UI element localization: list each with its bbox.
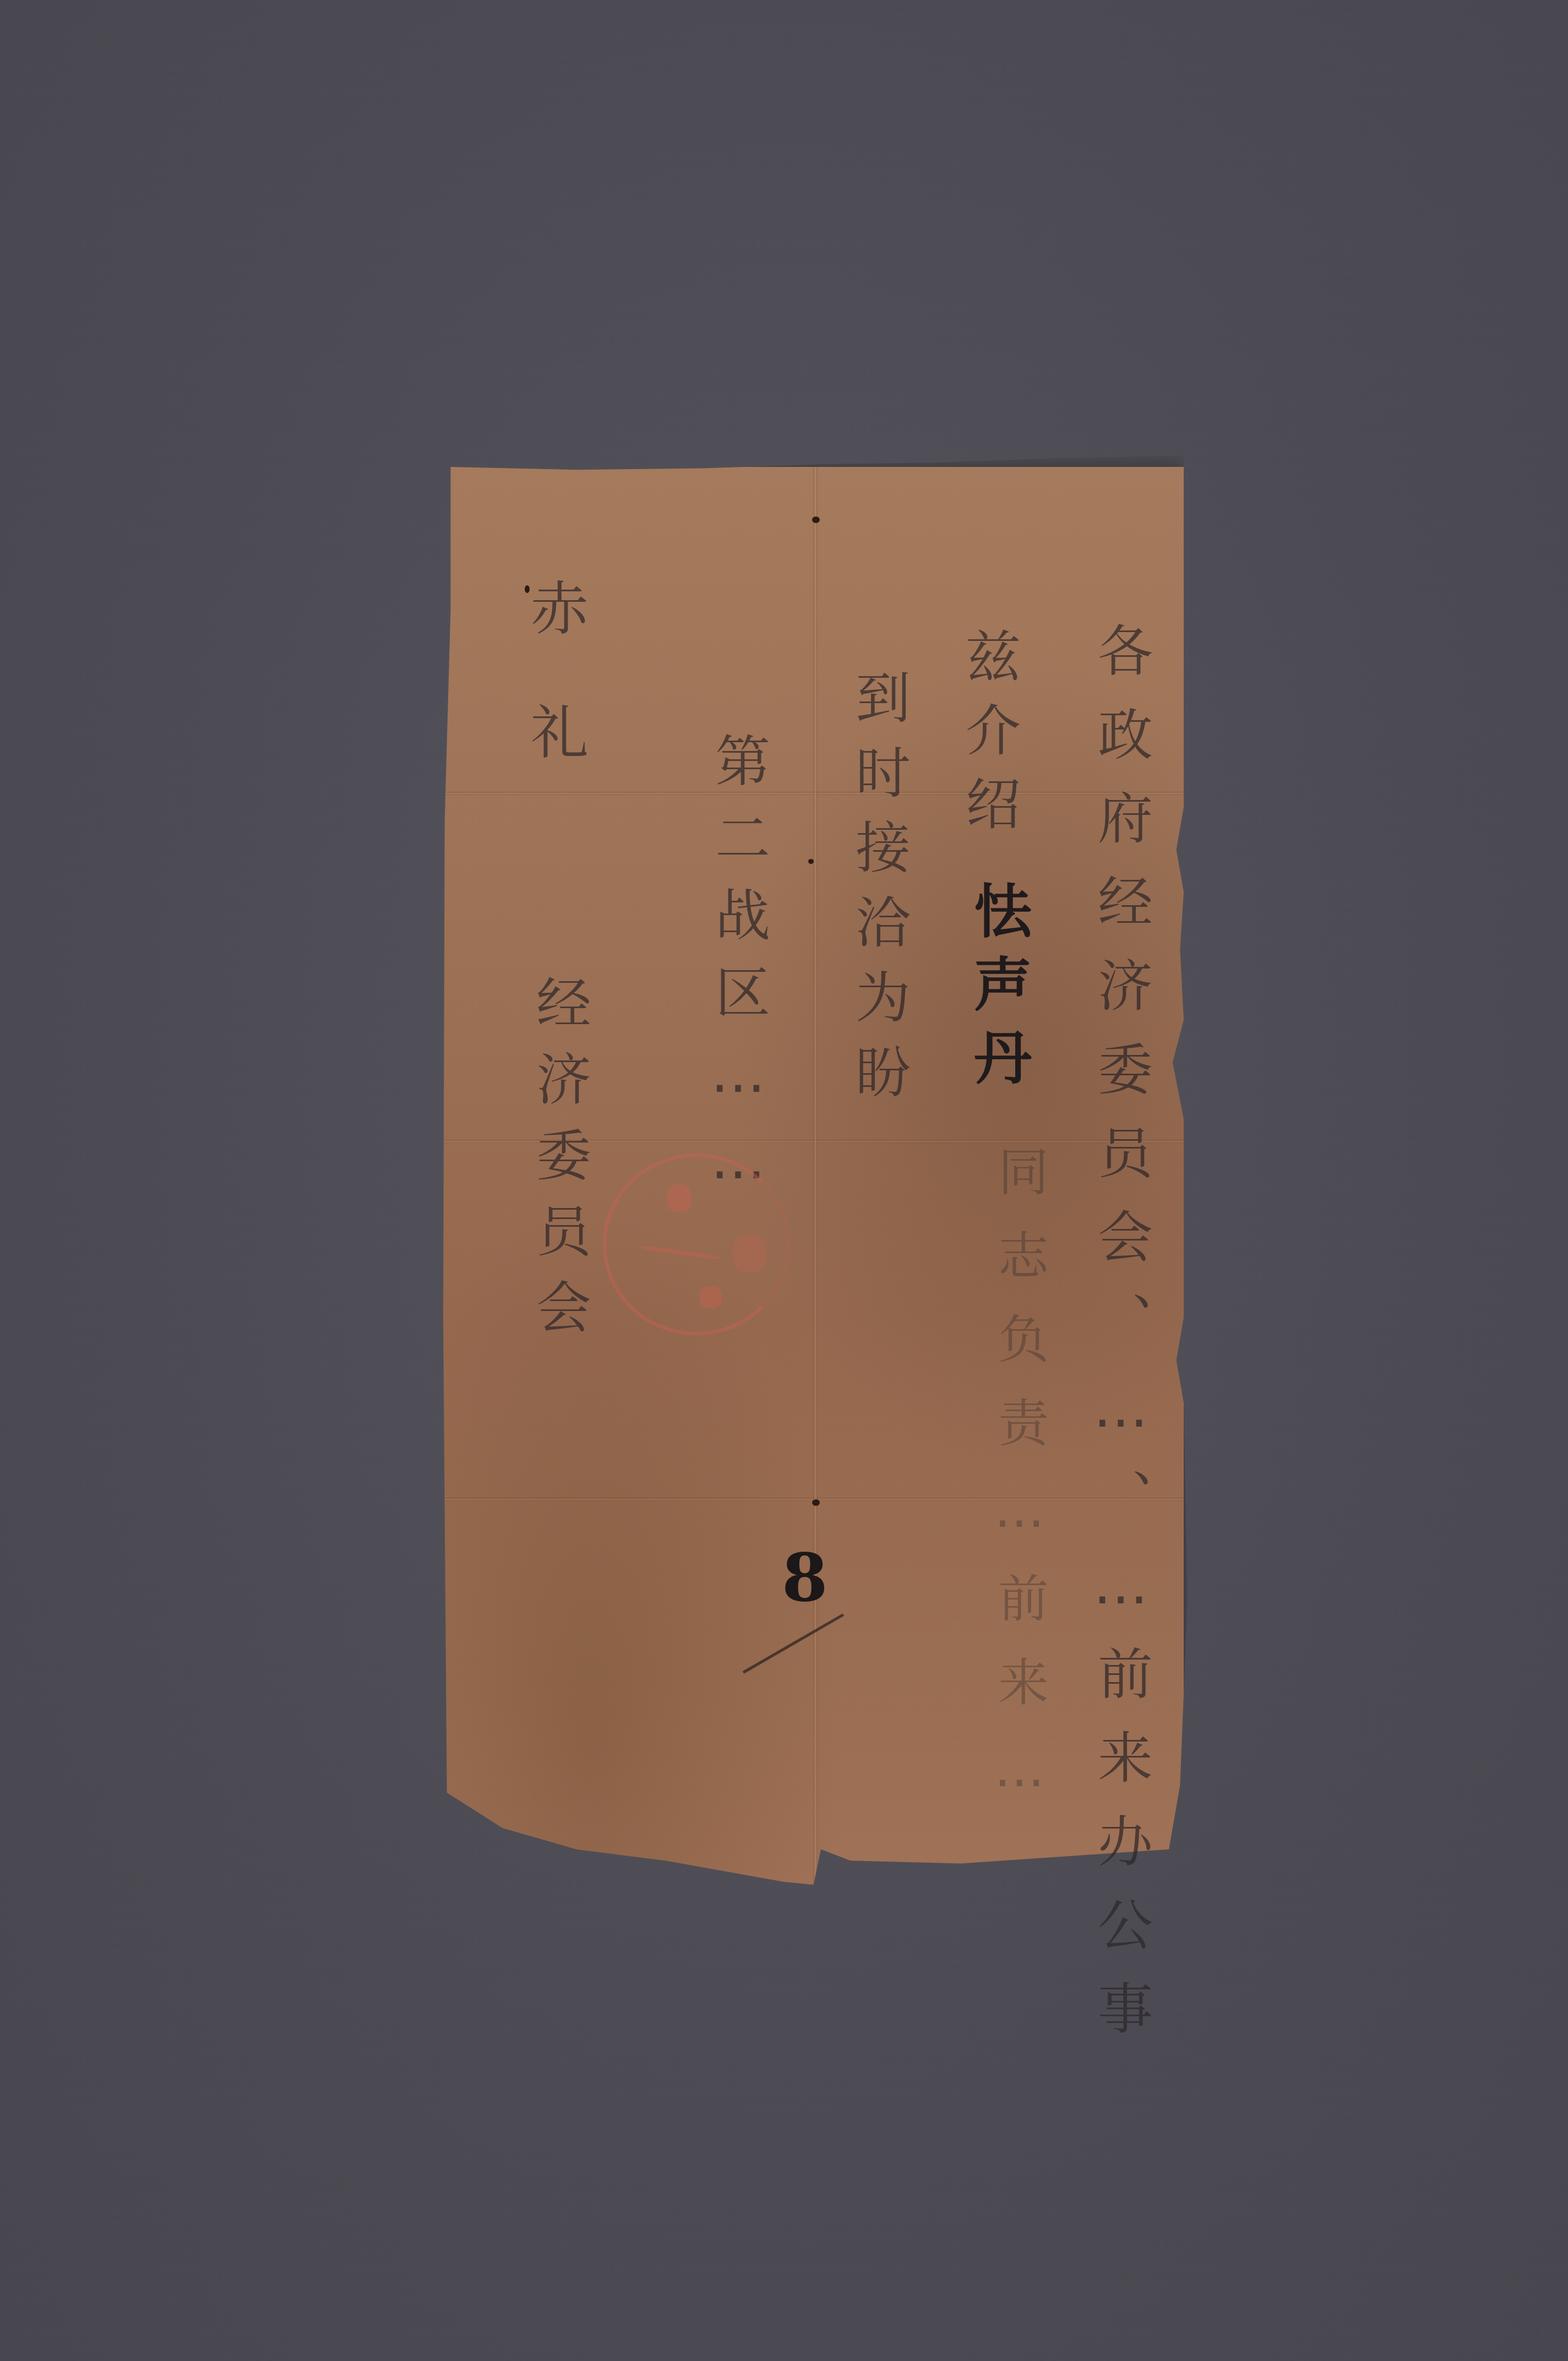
- red-seal-stamp: [603, 1154, 790, 1335]
- seal-glyph: [733, 1234, 766, 1272]
- column-sender: 第二战区……: [710, 732, 765, 1214]
- seal-glyph: [700, 1286, 722, 1308]
- column-intro-lower: 同志负责…前来…: [994, 1145, 1044, 1831]
- column-intro-pencil: 兹介绍: [961, 628, 1016, 849]
- pin-hole: [812, 1499, 820, 1506]
- fold-line-vertical: [813, 467, 818, 1885]
- pin-hole: [808, 859, 814, 864]
- column-intro-ink-name: 怯声丹: [969, 881, 1027, 1101]
- column-request: 到时接洽为盼: [851, 669, 906, 1118]
- column-signature: 经济委员会: [531, 975, 586, 1354]
- pin-hole: [812, 516, 820, 523]
- seal-glyph: [639, 1245, 722, 1261]
- seal-glyph: [667, 1184, 692, 1212]
- column-salutation: 赤礼: [526, 578, 584, 826]
- numeral-annotation: 8: [782, 1539, 828, 1617]
- column-addressee: 各政府经济委员会、…、…前来办公事: [1093, 622, 1148, 2064]
